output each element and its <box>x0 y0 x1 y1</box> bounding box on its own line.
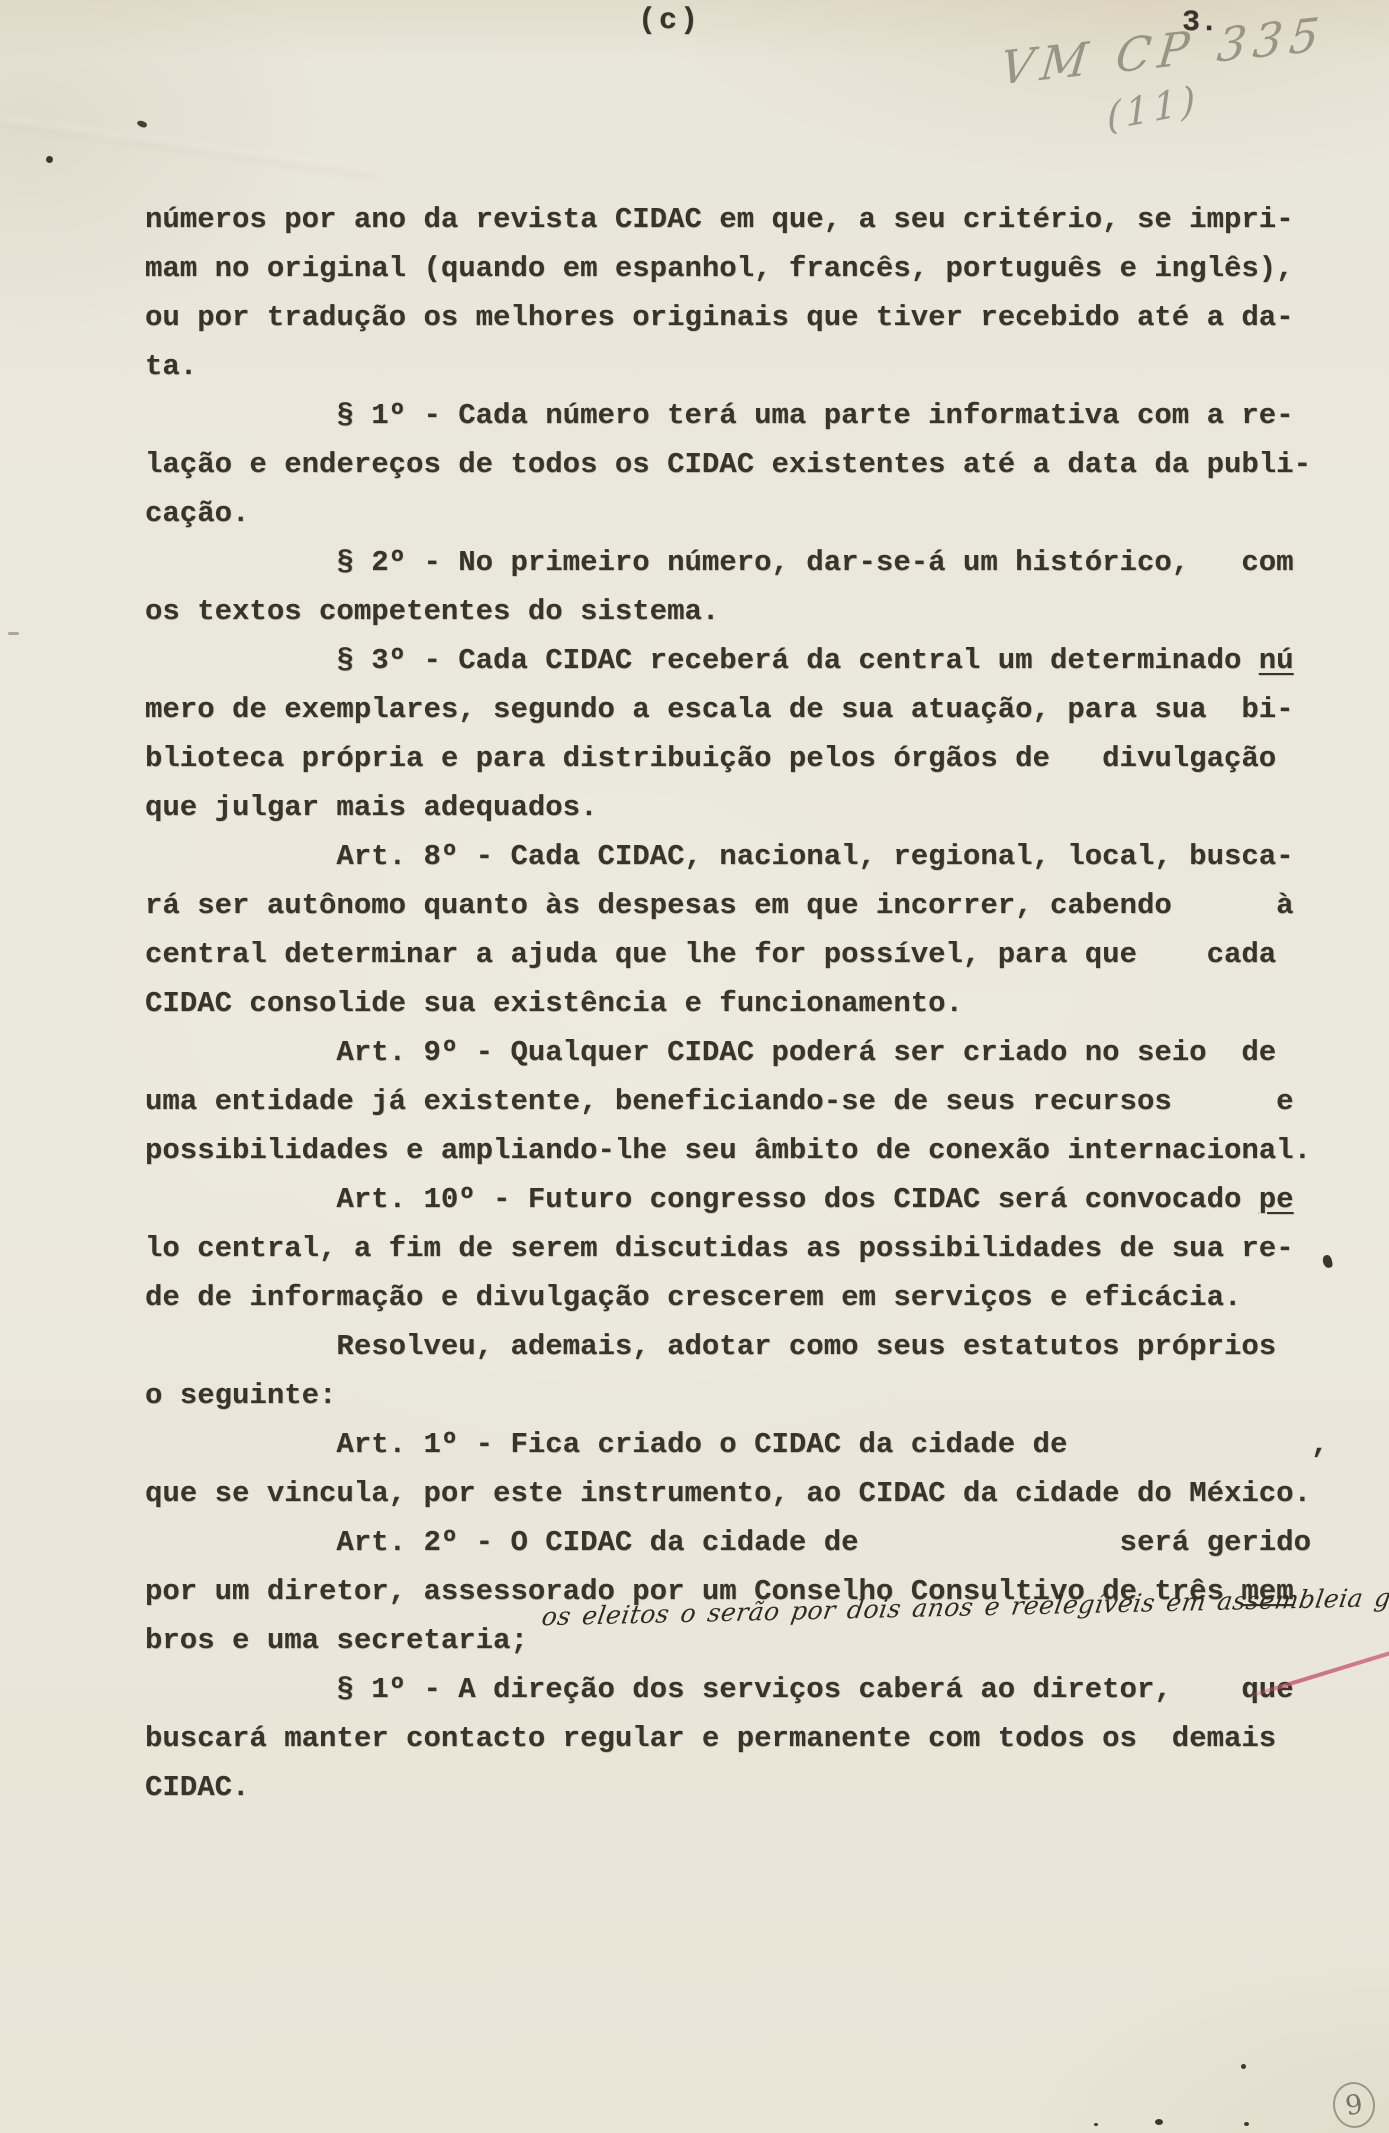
text-line: lo central, a fim de serem discutidas as… <box>145 1224 1375 1273</box>
text-line: mero de exemplares, segundo a escala de … <box>145 685 1375 734</box>
text-line: os textos competentes do sistema. <box>145 587 1375 636</box>
ink-speck <box>1094 2123 1098 2126</box>
ink-speck <box>1155 2119 1163 2125</box>
text-line: § 3º - Cada CIDAC receberá da central um… <box>145 636 1375 685</box>
text-line: números por ano da revista CIDAC em que,… <box>145 195 1375 244</box>
pencil-dash-mark <box>8 632 19 635</box>
circled-number: 9 <box>1343 2088 1364 2121</box>
ink-speck <box>1244 2122 1249 2126</box>
text-line: buscará manter contacto regular e perman… <box>145 1714 1375 1763</box>
text-line: Resolveu, ademais, adotar como seus esta… <box>145 1322 1375 1371</box>
text-line: central determinar a ajuda que lhe for p… <box>145 930 1375 979</box>
underlined-word-break: pe <box>1259 1183 1294 1216</box>
text-line: Art. 10º - Futuro congresso dos CIDAC se… <box>145 1175 1375 1224</box>
text-line: que se vincula, por este instrumento, ao… <box>145 1469 1375 1518</box>
text-line: uma entidade já existente, beneficiando-… <box>145 1077 1375 1126</box>
paper-crease <box>0 111 379 179</box>
text-line: Art. 1º - Fica criado o CIDAC da cidade … <box>145 1420 1375 1469</box>
text-line: § 1º - Cada número terá uma parte inform… <box>145 391 1375 440</box>
ink-speck <box>46 156 53 163</box>
scanned-document-page: (c) 3. VM CP 335 (11) números por ano da… <box>0 0 1389 2133</box>
text-line: possibilidades e ampliando-lhe seu âmbit… <box>145 1126 1375 1175</box>
text-line: ta. <box>145 342 1375 391</box>
pencil-annotation-secondary: (11) <box>1106 77 1201 139</box>
text-line: o seguinte: <box>145 1371 1375 1420</box>
text-line: Art. 9º - Qualquer CIDAC poderá ser cria… <box>145 1028 1375 1077</box>
text-line: CIDAC. <box>145 1763 1375 1812</box>
text-line: ou por tradução os melhores originais qu… <box>145 293 1375 342</box>
ink-speck <box>136 119 148 129</box>
text-line: § 2º - No primeiro número, dar-se-á um h… <box>145 538 1375 587</box>
text-line: rá ser autônomo quanto às despesas em qu… <box>145 881 1375 930</box>
text-line: que julgar mais adequados. <box>145 783 1375 832</box>
text-line: § 1º - A direção dos serviços caberá ao … <box>145 1665 1375 1714</box>
underlined-word-break: nú <box>1259 644 1294 677</box>
text-line: blioteca própria e para distribuição pel… <box>145 734 1375 783</box>
text-line: de de informação e divulgação crescerem … <box>145 1273 1375 1322</box>
typewritten-text-block: números por ano da revista CIDAC em que,… <box>145 195 1375 1812</box>
text-line: lação e endereços de todos os CIDAC exis… <box>145 440 1375 489</box>
text-line: mam no original (quando em espanhol, fra… <box>145 244 1375 293</box>
pencil-annotation: VM CP 335 <box>998 6 1328 95</box>
text-line: CIDAC consolide sua existência e funcion… <box>145 979 1375 1028</box>
copy-mark: (c) <box>638 4 701 38</box>
circled-number-stamp: 9 <box>1330 2079 1378 2130</box>
text-line: Art. 2º - O CIDAC da cidade de será geri… <box>145 1518 1375 1567</box>
ink-speck <box>1241 2064 1246 2069</box>
text-line: Art. 8º - Cada CIDAC, nacional, regional… <box>145 832 1375 881</box>
text-line: cação. <box>145 489 1375 538</box>
